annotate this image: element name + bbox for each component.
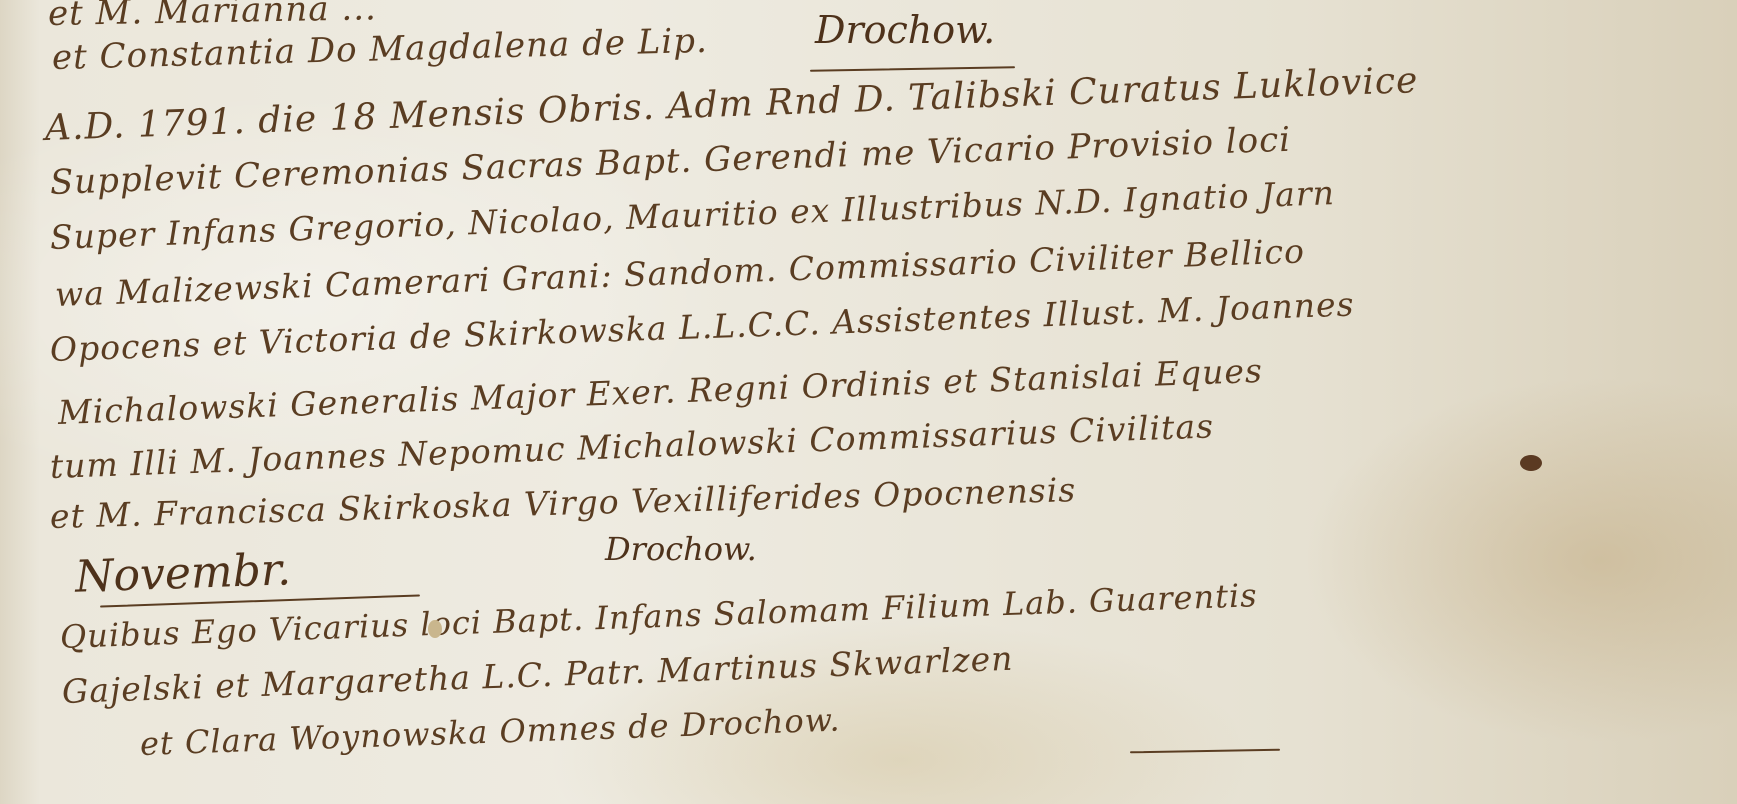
place-heading: Drochow. [605,530,757,568]
manuscript-line: et Clara Woynowska Omnes de Drochow. [139,701,841,763]
heading-underline [810,66,1015,72]
manuscript-line: et M. Marianna ... [48,0,377,34]
place-heading: Drochow. [815,8,995,52]
entry-end-rule [1130,749,1280,754]
month-heading: Novembr. [74,544,292,603]
ink-blot [428,620,442,638]
manuscript-page: et M. Marianna ... et Constantia Do Magd… [0,0,1737,804]
ink-blot [1520,455,1542,471]
